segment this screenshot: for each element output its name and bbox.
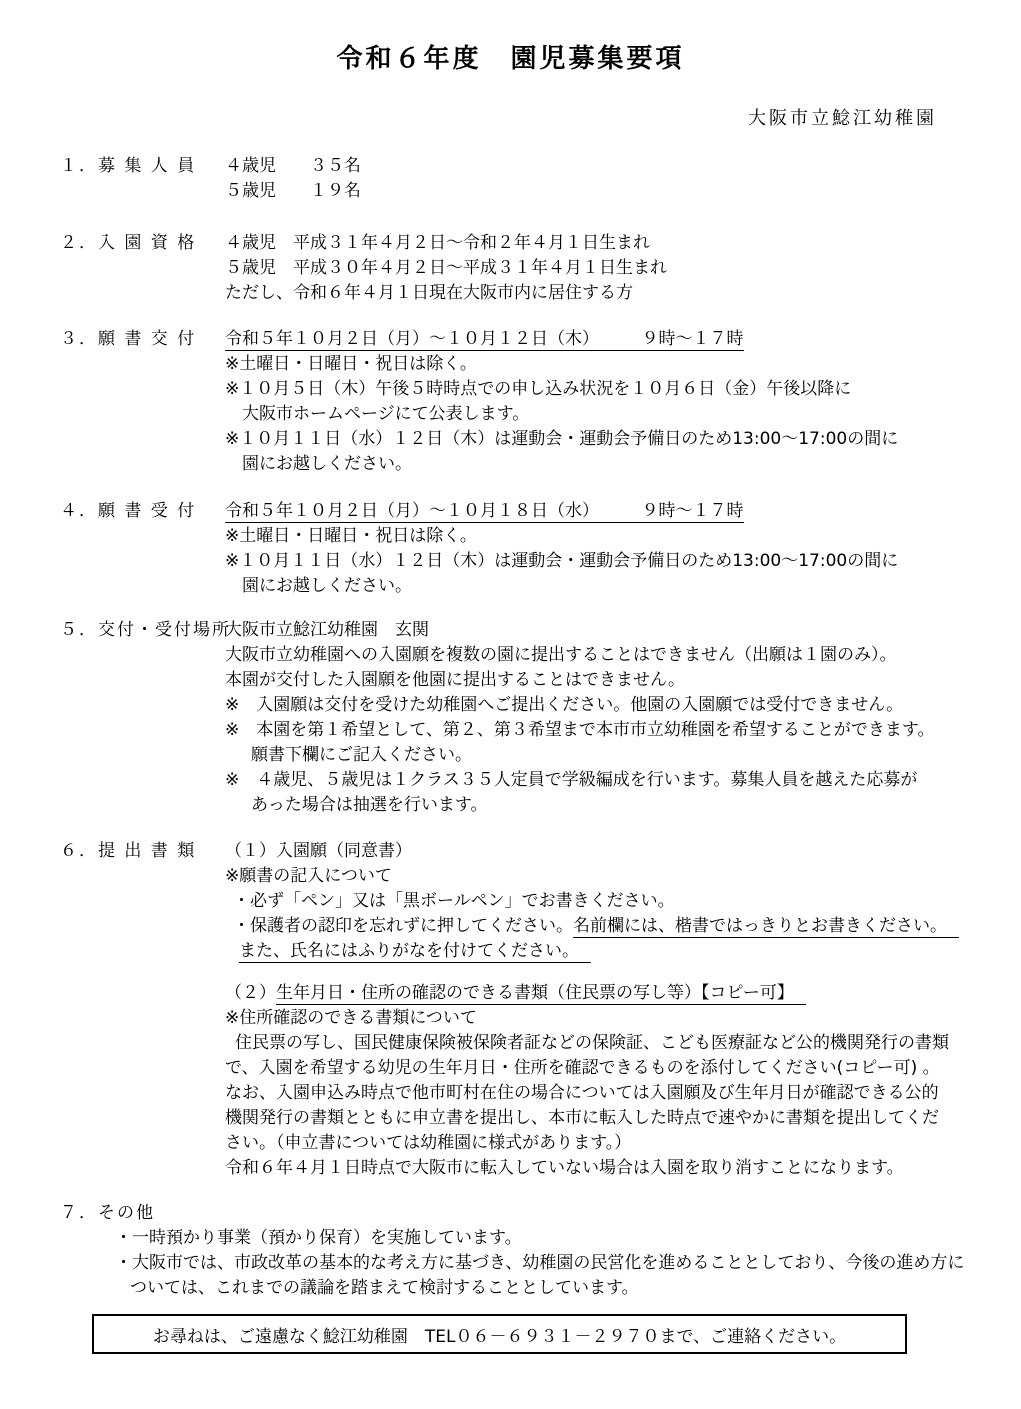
- doc1-point-seal-underlined: 名前欄には、楷書ではっきりとお書きください。: [573, 916, 959, 938]
- section-location: ５．交付・受付場所 大阪市立鯰江幼稚園 玄関 大阪市立幼稚園への入園願を複数の園…: [60, 618, 935, 818]
- section-7-label: ７．その他: [60, 1201, 155, 1226]
- location-rule-other: 本園が交付した入園願を他園に提出することはできません。: [225, 668, 935, 693]
- doc1-point-furigana: また、氏名にはふりがなを付けてください。: [225, 939, 959, 964]
- doc2-para-5: さい。（申立書については幼稚園に様式があります。）: [225, 1131, 959, 1156]
- inquiry-text: お尋ねは、ご遠慮なく鯰江幼稚園 TEL０６－６９３１－２９７０まで、ご連絡くださ…: [153, 1322, 846, 1347]
- doc2-title-underlined: 生年月日・住所の確認のできる書類（住民票の写し等）【コピー可】: [276, 983, 806, 1005]
- section-recruit-numbers: １．募 集 人 員 ４歳児 ３５名 ５歳児 １９名: [60, 154, 361, 204]
- recruit-age4-count: ４歳児 ３５名: [225, 154, 361, 179]
- doc2-para-2: で、入園を希望する幼児の生年月日・住所を確認できるものを添付してください(コピー…: [225, 1056, 959, 1081]
- acceptance-note-sportsday-cont: 園にお越しください。: [225, 574, 898, 599]
- location-note-choices-cont: 願書下欄にご記入ください。: [225, 743, 935, 768]
- doc1-note: ※願書の記入について: [225, 864, 959, 889]
- eligibility-residency: ただし、令和６年４月１日現在大阪市内に居住する方: [225, 281, 667, 306]
- other-point-privatization-cont: ついては、これまでの議論を踏まえて検討することとしています。: [115, 1276, 964, 1301]
- doc2-note: ※住所確認のできる書類について: [225, 1006, 959, 1031]
- doc1-point-seal: ・保護者の認印を忘れずに押してください。名前欄には、楷書ではっきりとお書きくださ…: [225, 914, 959, 939]
- doc2-title-prefix: （２）: [225, 983, 276, 1003]
- doc2-para-1: 住民票の写し、国民健康保険被保険者証などの保険証、こども医療証など公的機関発行の…: [225, 1031, 959, 1056]
- acceptance-note-sportsday: ※１０月１１日（水）１２日（木）は運動会・運動会予備日のため13:00～17:0…: [225, 549, 898, 574]
- doc2-title: （２）生年月日・住所の確認のできる書類（住民票の写し等）【コピー可】: [225, 981, 959, 1006]
- location-place: 大阪市立鯰江幼稚園 玄関: [225, 618, 935, 643]
- distribution-note-sportsday-cont: 園にお越しください。: [225, 452, 898, 477]
- section-form-distribution: ３．願 書 交 付 令和５年１０月２日（月）～１０月１２日（木） ９時～１７時 …: [60, 327, 898, 477]
- distribution-period: 令和５年１０月２日（月）～１０月１２日（木） ９時～１７時: [225, 327, 898, 352]
- acceptance-note-holidays: ※土曜日・日曜日・祝日は除く。: [225, 524, 898, 549]
- section-6-label: ６．提 出 書 類: [60, 839, 196, 864]
- section-4-label: ４．願 書 受 付: [60, 499, 196, 524]
- doc2-para-4: 機関発行の書類とともに申立書を提出し、本市に転入した時点で速やかに書類を提出して…: [225, 1106, 959, 1131]
- section-3-label: ３．願 書 交 付: [60, 327, 196, 352]
- doc1-point-seal-plain: ・保護者の認印を忘れずに押してください。: [233, 916, 573, 936]
- inquiry-box: お尋ねは、ご遠慮なく鯰江幼稚園 TEL０６－６９３１－２９７０まで、ご連絡くださ…: [92, 1314, 907, 1354]
- doc2-para-6: 令和６年４月１日時点で大阪市に転入していない場合は入園を取り消すことになります。: [225, 1156, 959, 1181]
- location-note-submit: ※ 入園願は交付を受けた幼稚園へご提出ください。他園の入園願では受付できません。: [225, 693, 935, 718]
- recruit-age5-count: ５歳児 １９名: [225, 179, 361, 204]
- location-rule-single: 大阪市立幼稚園への入園願を複数の園に提出することはできません（出願は１園のみ）。: [225, 643, 935, 668]
- section-2-label: ２．入 園 資 格: [60, 231, 196, 256]
- page-title: 令和６年度 園児募集要項: [0, 38, 1021, 75]
- distribution-period-text: 令和５年１０月２日（月）～１０月１２日（木） ９時～１７時: [225, 329, 744, 351]
- doc1-title: （１）入園願（同意書）: [225, 839, 959, 864]
- section-other: ７．その他 ・一時預かり事業（預かり保育）を実施しています。 ・大阪市では、市政…: [60, 1201, 964, 1301]
- location-note-choices: ※ 本園を第１希望として、第２、第３希望まで本市市立幼稚園を希望することができま…: [225, 718, 935, 743]
- section-documents: ６．提 出 書 類 （１）入園願（同意書） ※願書の記入について ・必ず「ペン」…: [60, 839, 959, 1181]
- section-form-acceptance: ４．願 書 受 付 令和５年１０月２日（月）～１０月１８日（水） ９時～１７時 …: [60, 499, 898, 599]
- distribution-note-status: ※１０月５日（木）午後５時時点での申し込み状況を１０月６日（金）午後以降に: [225, 377, 898, 402]
- acceptance-period-text: 令和５年１０月２日（月）～１０月１８日（水） ９時～１７時: [225, 501, 744, 523]
- school-name: 大阪市立鯰江幼稚園: [748, 104, 937, 130]
- other-point-daycare: ・一時預かり事業（預かり保育）を実施しています。: [115, 1226, 964, 1251]
- acceptance-period: 令和５年１０月２日（月）～１０月１８日（水） ９時～１７時: [225, 499, 898, 524]
- doc2-para-3: なお、入園申込み時点で他市町村在住の場合については入園願及び生年月日が確認できる…: [225, 1081, 959, 1106]
- section-5-label: ５．交付・受付場所: [60, 618, 231, 643]
- other-point-privatization: ・大阪市では、市政改革の基本的な考え方に基づき、幼稚園の民営化を進めることとして…: [115, 1251, 964, 1276]
- document-page: 令和６年度 園児募集要項 大阪市立鯰江幼稚園 １．募 集 人 員 ４歳児 ３５名…: [0, 0, 1021, 1409]
- doc1-point-furigana-underlined: また、氏名にはふりがなを付けてください。: [239, 941, 591, 963]
- doc1-point-pen: ・必ず「ペン」又は「黒ボールペン」でお書きください。: [225, 889, 959, 914]
- distribution-note-sportsday: ※１０月１１日（水）１２日（木）は運動会・運動会予備日のため13:00～17:0…: [225, 427, 898, 452]
- section-1-label: １．募 集 人 員: [60, 154, 196, 179]
- location-note-class-size: ※ ４歳児、５歳児は１クラス３５人定員で学級編成を行います。募集人員を越えた応募…: [225, 768, 935, 793]
- section-eligibility: ２．入 園 資 格 ４歳児 平成３１年４月２日～令和２年４月１日生まれ ５歳児 …: [60, 231, 667, 306]
- distribution-note-holidays: ※土曜日・日曜日・祝日は除く。: [225, 352, 898, 377]
- eligibility-age5: ５歳児 平成３０年４月２日～平成３１年４月１日生まれ: [225, 256, 667, 281]
- location-note-class-size-cont: あった場合は抽選を行います。: [225, 793, 935, 818]
- distribution-note-status-cont: 大阪市ホームページにて公表します。: [225, 402, 898, 427]
- eligibility-age4: ４歳児 平成３１年４月２日～令和２年４月１日生まれ: [225, 231, 667, 256]
